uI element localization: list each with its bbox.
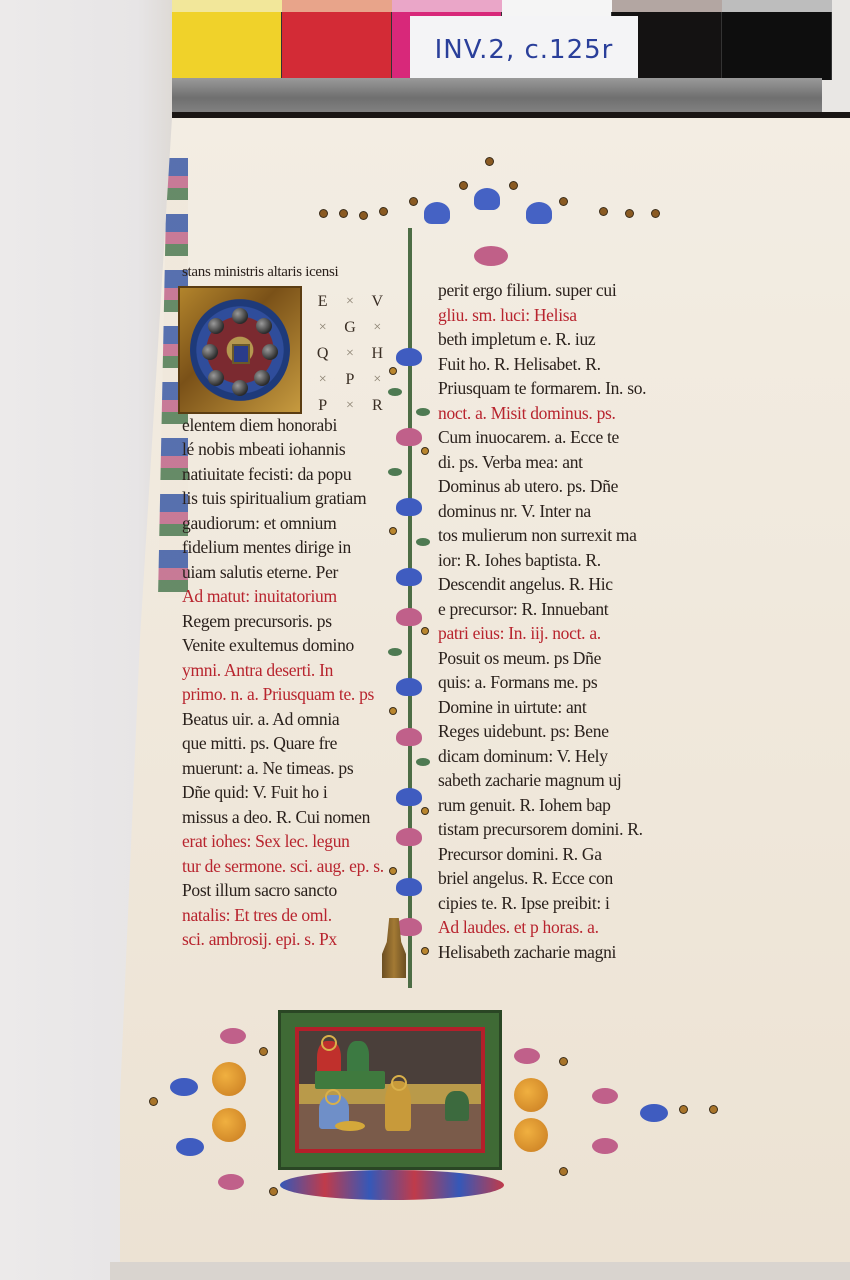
text-line: lis tuis spiritualium gratiam	[182, 486, 382, 511]
text-line: dominus nr. V. Inter na	[438, 499, 658, 524]
gold-dot-icon	[422, 628, 428, 634]
color-swatch	[502, 0, 612, 12]
nativity-of-john-scene	[299, 1031, 481, 1149]
blue-flower-icon	[396, 568, 422, 586]
pink-flower-icon	[592, 1088, 618, 1104]
rubric-line: primo. n. a. Priusquam te. ps	[182, 682, 382, 707]
halo-icon	[321, 1035, 337, 1051]
gold-fruit-icon	[212, 1062, 246, 1096]
attendant-figure	[347, 1041, 369, 1075]
text-line: uiam salutis eterne. Per	[182, 560, 382, 585]
text-line: tistam precursorem domini. R.	[438, 817, 658, 842]
initial-spacer	[182, 285, 382, 413]
text-line: fidelium mentes dirige in	[182, 535, 382, 560]
color-swatch	[612, 0, 722, 12]
manuscript-page: E × V × G × Q × H × P × P × R stans mini…	[120, 118, 850, 1268]
leaf-icon	[416, 408, 430, 416]
text-line: Venite exultemus domino	[182, 633, 382, 658]
text-line: gaudiorum: et omnium	[182, 511, 382, 536]
gold-dot-icon	[652, 210, 659, 217]
text-line: cipies te. R. Ipse preibit: i	[438, 891, 658, 916]
margin-notes: scribal marginalia	[118, 720, 138, 777]
blue-flower-icon	[424, 202, 450, 224]
rubric-line: Ad laudes. et p horas. a.	[438, 915, 658, 940]
miniature-painting	[295, 1027, 485, 1153]
leaf-icon	[416, 538, 430, 546]
gold-dot-icon	[510, 182, 517, 189]
text-line: Cum inuocarem. a. Ecce te	[438, 425, 658, 450]
gold-dot-icon	[600, 208, 607, 215]
color-swatch	[282, 0, 392, 12]
background-surface	[110, 1262, 850, 1280]
central-floral-stem	[388, 228, 432, 988]
rubric-line: gliu. sm. luci: Helisa	[438, 303, 658, 328]
top-floral-spray	[310, 178, 670, 268]
text-line: perit ergo filium. super cui	[438, 278, 658, 303]
pink-flower-icon	[474, 246, 508, 266]
text-line: Reges uidebunt. ps: Bene	[438, 719, 658, 744]
text-line: dicam dominum: V. Hely	[438, 744, 658, 769]
color-swatch	[172, 0, 282, 12]
pink-flower-icon	[396, 428, 422, 446]
text-line: briel angelus. R. Ecce con	[438, 866, 658, 891]
gold-dot-icon	[380, 208, 387, 215]
gold-fruit-icon	[514, 1078, 548, 1112]
text-line: Fuit ho. R. Helisabet. R.	[438, 352, 658, 377]
text-line: lé nobis mbeati iohannis	[182, 437, 382, 462]
leaf-icon	[388, 468, 402, 476]
gold-dot-icon	[410, 198, 417, 205]
text-line: Dñe quid: V. Fuit ho i	[182, 780, 382, 805]
gold-dot-icon	[360, 212, 367, 219]
leaf-icon	[416, 758, 430, 766]
color-swatch	[392, 0, 502, 12]
inventory-label: INV.2, c.125r	[410, 16, 638, 84]
text-line: Descendit angelus. R. Hic	[438, 572, 658, 597]
acanthus-scroll	[280, 1170, 504, 1200]
blue-flower-icon	[176, 1138, 204, 1156]
pink-flower-icon	[220, 1028, 246, 1044]
blue-flower-icon	[526, 202, 552, 224]
rubric-line: patri eius: In. iij. noct. a.	[438, 621, 658, 646]
text-line: ior: R. Iohes baptista. R.	[438, 548, 658, 573]
leaf-icon	[388, 648, 402, 656]
text-line: Beatus uir. a. Ad omnia	[182, 707, 382, 732]
text-line: Post illum sacro sancto	[182, 878, 382, 903]
rubric-line: tur de sermone. sci. aug. ep. s.	[182, 854, 382, 879]
text-line: quis: a. Formans me. ps	[438, 670, 658, 695]
gold-dot-icon	[390, 868, 396, 874]
color-swatch	[172, 12, 282, 80]
blue-flower-icon	[396, 878, 422, 896]
text-line: Domine in uirtute: ant	[438, 695, 658, 720]
text-line: Regem precursoris. ps	[182, 609, 382, 634]
text-line: sabeth zacharie magnum uj	[438, 768, 658, 793]
leaf-icon	[388, 388, 402, 396]
text-line: muerunt: a. Ne timeas. ps	[182, 756, 382, 781]
gold-dot-icon	[626, 210, 633, 217]
gold-dot-icon	[710, 1106, 717, 1113]
color-checker-top-row	[172, 0, 832, 12]
rubric-line: natalis: Et tres de oml.	[182, 903, 382, 928]
text-line: elentem diem honorabi	[182, 413, 382, 438]
gold-dot-icon	[260, 1048, 267, 1055]
text-line: Priusquam te formarem. In. so.	[438, 376, 658, 401]
gold-fruit-icon	[212, 1108, 246, 1142]
seated-man-figure	[445, 1091, 469, 1121]
color-swatch	[722, 0, 832, 12]
text-line: Helisabeth zacharie magni	[438, 940, 658, 965]
rubric-line: ymni. Antra deserti. In	[182, 658, 382, 683]
gold-dot-icon	[460, 182, 467, 189]
gold-dot-icon	[340, 210, 347, 217]
gold-dot-icon	[390, 708, 396, 714]
gold-dot-icon	[680, 1106, 687, 1113]
blue-flower-icon	[474, 188, 500, 210]
text-line: missus a deo. R. Cui nomen	[182, 805, 382, 830]
text-line: natiuitate fecisti: da popu	[182, 462, 382, 487]
text-line: rum genuit. R. Iohem bap	[438, 793, 658, 818]
text-line: tos mulierum non surrexit ma	[438, 523, 658, 548]
gold-fruit-icon	[514, 1118, 548, 1152]
blue-flower-icon	[170, 1078, 198, 1096]
rubric-line: noct. a. Misit dominus. ps.	[438, 401, 658, 426]
gold-dot-icon	[320, 210, 327, 217]
color-swatch	[282, 12, 392, 80]
gold-dot-icon	[150, 1098, 157, 1105]
text-column-right: perit ergo filium. super cui gliu. sm. l…	[438, 278, 658, 964]
text-line: e precursor: R. Innuebant	[438, 597, 658, 622]
gold-dot-icon	[422, 448, 428, 454]
gold-dot-icon	[390, 528, 396, 534]
text-line: beth impletum e. R. iuz	[438, 327, 658, 352]
rubric-line: erat iohes: Sex lec. legun	[182, 829, 382, 854]
bed	[315, 1071, 385, 1089]
gold-dot-icon	[422, 808, 428, 814]
blue-flower-icon	[396, 678, 422, 696]
text-column-left: stans ministris altaris icensi elentem d…	[182, 260, 382, 952]
text-line: Dominus ab utero. ps. Dñe	[438, 474, 658, 499]
blue-flower-icon	[396, 788, 422, 806]
gold-dot-icon	[486, 158, 493, 165]
text-line: que mitti. ps. Quare fre	[182, 731, 382, 756]
halo-icon	[325, 1089, 341, 1105]
rubric-line: sci. ambrosij. epi. s. Px	[182, 927, 382, 952]
gold-dot-icon	[390, 368, 396, 374]
gold-dot-icon	[270, 1188, 277, 1195]
halo-icon	[391, 1075, 407, 1091]
blue-flower-icon	[396, 348, 422, 366]
pink-flower-icon	[218, 1174, 244, 1190]
color-swatch	[722, 12, 832, 80]
pink-flower-icon	[396, 608, 422, 626]
text-line: Precursor domini. R. Ga	[438, 842, 658, 867]
pink-flower-icon	[396, 728, 422, 746]
gold-dot-icon	[560, 1168, 567, 1175]
gold-dot-icon	[422, 948, 428, 954]
text-line: stans ministris altaris icensi	[182, 260, 382, 285]
pink-flower-icon	[514, 1048, 540, 1064]
text-line: Posuit os meum. ps Dñe	[438, 646, 658, 671]
miniature-frame	[278, 1010, 502, 1170]
rubric-line: Ad matut: inuitatorium	[182, 584, 382, 609]
blue-flower-icon	[640, 1104, 668, 1122]
gold-dot-icon	[560, 198, 567, 205]
pink-flower-icon	[592, 1138, 618, 1154]
pink-flower-icon	[396, 828, 422, 846]
basin-icon	[335, 1121, 365, 1131]
gold-dot-icon	[560, 1058, 567, 1065]
blue-flower-icon	[396, 498, 422, 516]
text-line: di. ps. Verba mea: ant	[438, 450, 658, 475]
